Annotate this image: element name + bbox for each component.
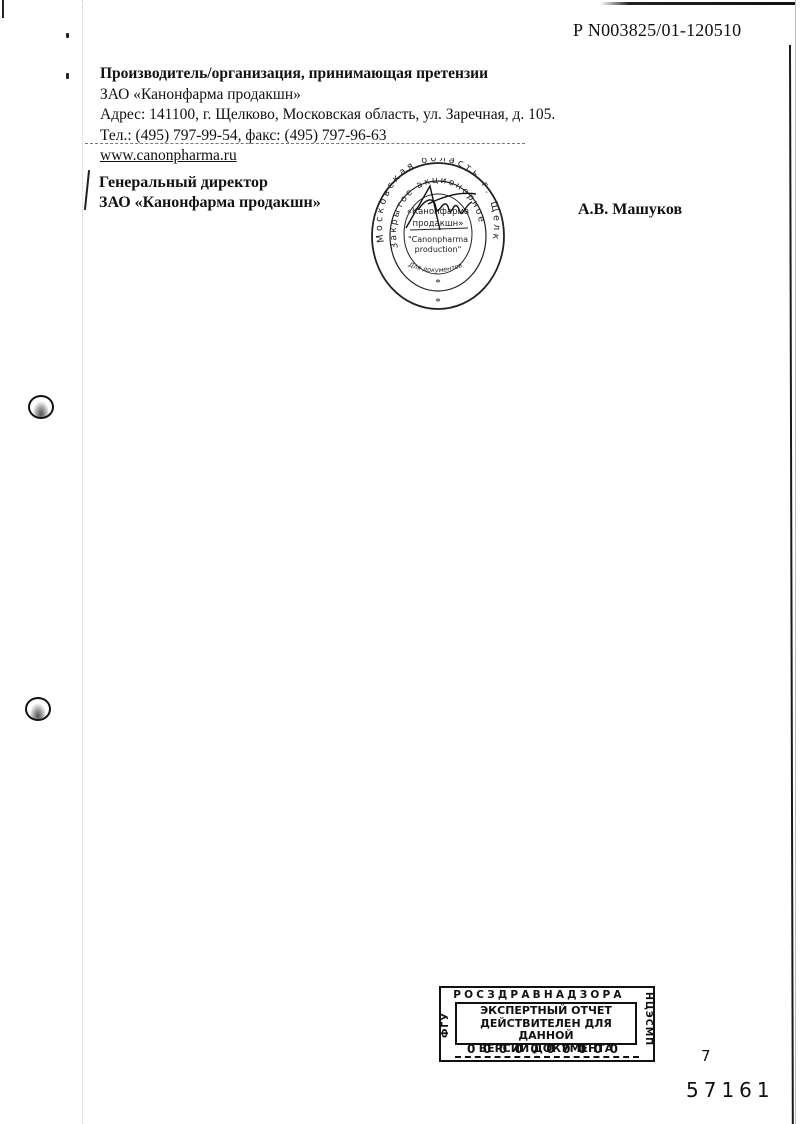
manufacturer-block: Производитель/организация, принимающая п… [100,64,555,167]
seal-star-icon: * [435,277,441,289]
review-stamp-serial: 0000000000 [467,1042,626,1056]
review-stamp-body: ЭКСПЕРТНЫЙ ОТЧЕТ ДЕЙСТВИТЕЛЕН ДЛЯ ДАННОЙ… [455,1002,637,1045]
review-stamp: РОСЗДРАВНАДЗОРА ФГУ НЦЭСМП ЭКСПЕРТНЫЙ ОТ… [439,986,655,1062]
archive-number: 57161 [686,1078,775,1102]
signer-position: Генеральный директор [99,173,321,193]
strike-rule [85,143,525,144]
scan-edge-right [789,45,794,1124]
review-stamp-left: ФГУ [440,1008,454,1042]
seal-star-icon: * [435,296,441,308]
margin-bracket [84,170,90,210]
scan-edge-right-light [795,0,796,1124]
round-seal-icon: Московская область г. Щелково Закрытое а… [368,158,508,313]
review-stamp-dash [455,1056,639,1058]
margin-mark [66,33,69,38]
review-stamp-top: РОСЗДРАВНАДЗОРА [441,989,637,1001]
signer-name: А.В. Машуков [578,201,682,219]
review-stamp-line-2: ДЕЙСТВИТЕЛЕН ДЛЯ ДАННОЙ [457,1018,635,1043]
registration-number: Р N003825/01-120510 [573,20,741,41]
punch-hole-icon [25,697,51,721]
margin-mark [66,73,69,79]
manufacturer-heading: Производитель/организация, принимающая п… [100,64,555,85]
seal-center-en-2: production" [415,245,462,254]
document-page: Р N003825/01-120510 Производитель/органи… [0,0,800,1124]
scan-edge-left [2,0,4,18]
scan-edge-top [600,2,795,5]
manufacturer-address: Адрес: 141100, г. Щелково, Московская об… [100,105,555,126]
manufacturer-company: ЗАО «Канонфарма продакшн» [100,85,555,106]
punch-hole-icon [28,395,54,419]
review-stamp-right: НЦЭСМП [640,992,654,1046]
review-stamp-line-1: ЭКСПЕРТНЫЙ ОТЧЕТ [457,1005,635,1018]
seal-bottom-text: Для документов [406,260,463,274]
page-number: 7 [701,1047,711,1065]
svg-text:Для документов: Для документов [406,260,463,274]
signer-block: Генеральный директор ЗАО «Канонфарма про… [99,173,321,213]
signer-company: ЗАО «Канонфарма продакшн» [99,193,321,213]
seal-center-en-1: "Canonpharma [408,235,468,244]
margin-dotted-line [82,0,83,1124]
